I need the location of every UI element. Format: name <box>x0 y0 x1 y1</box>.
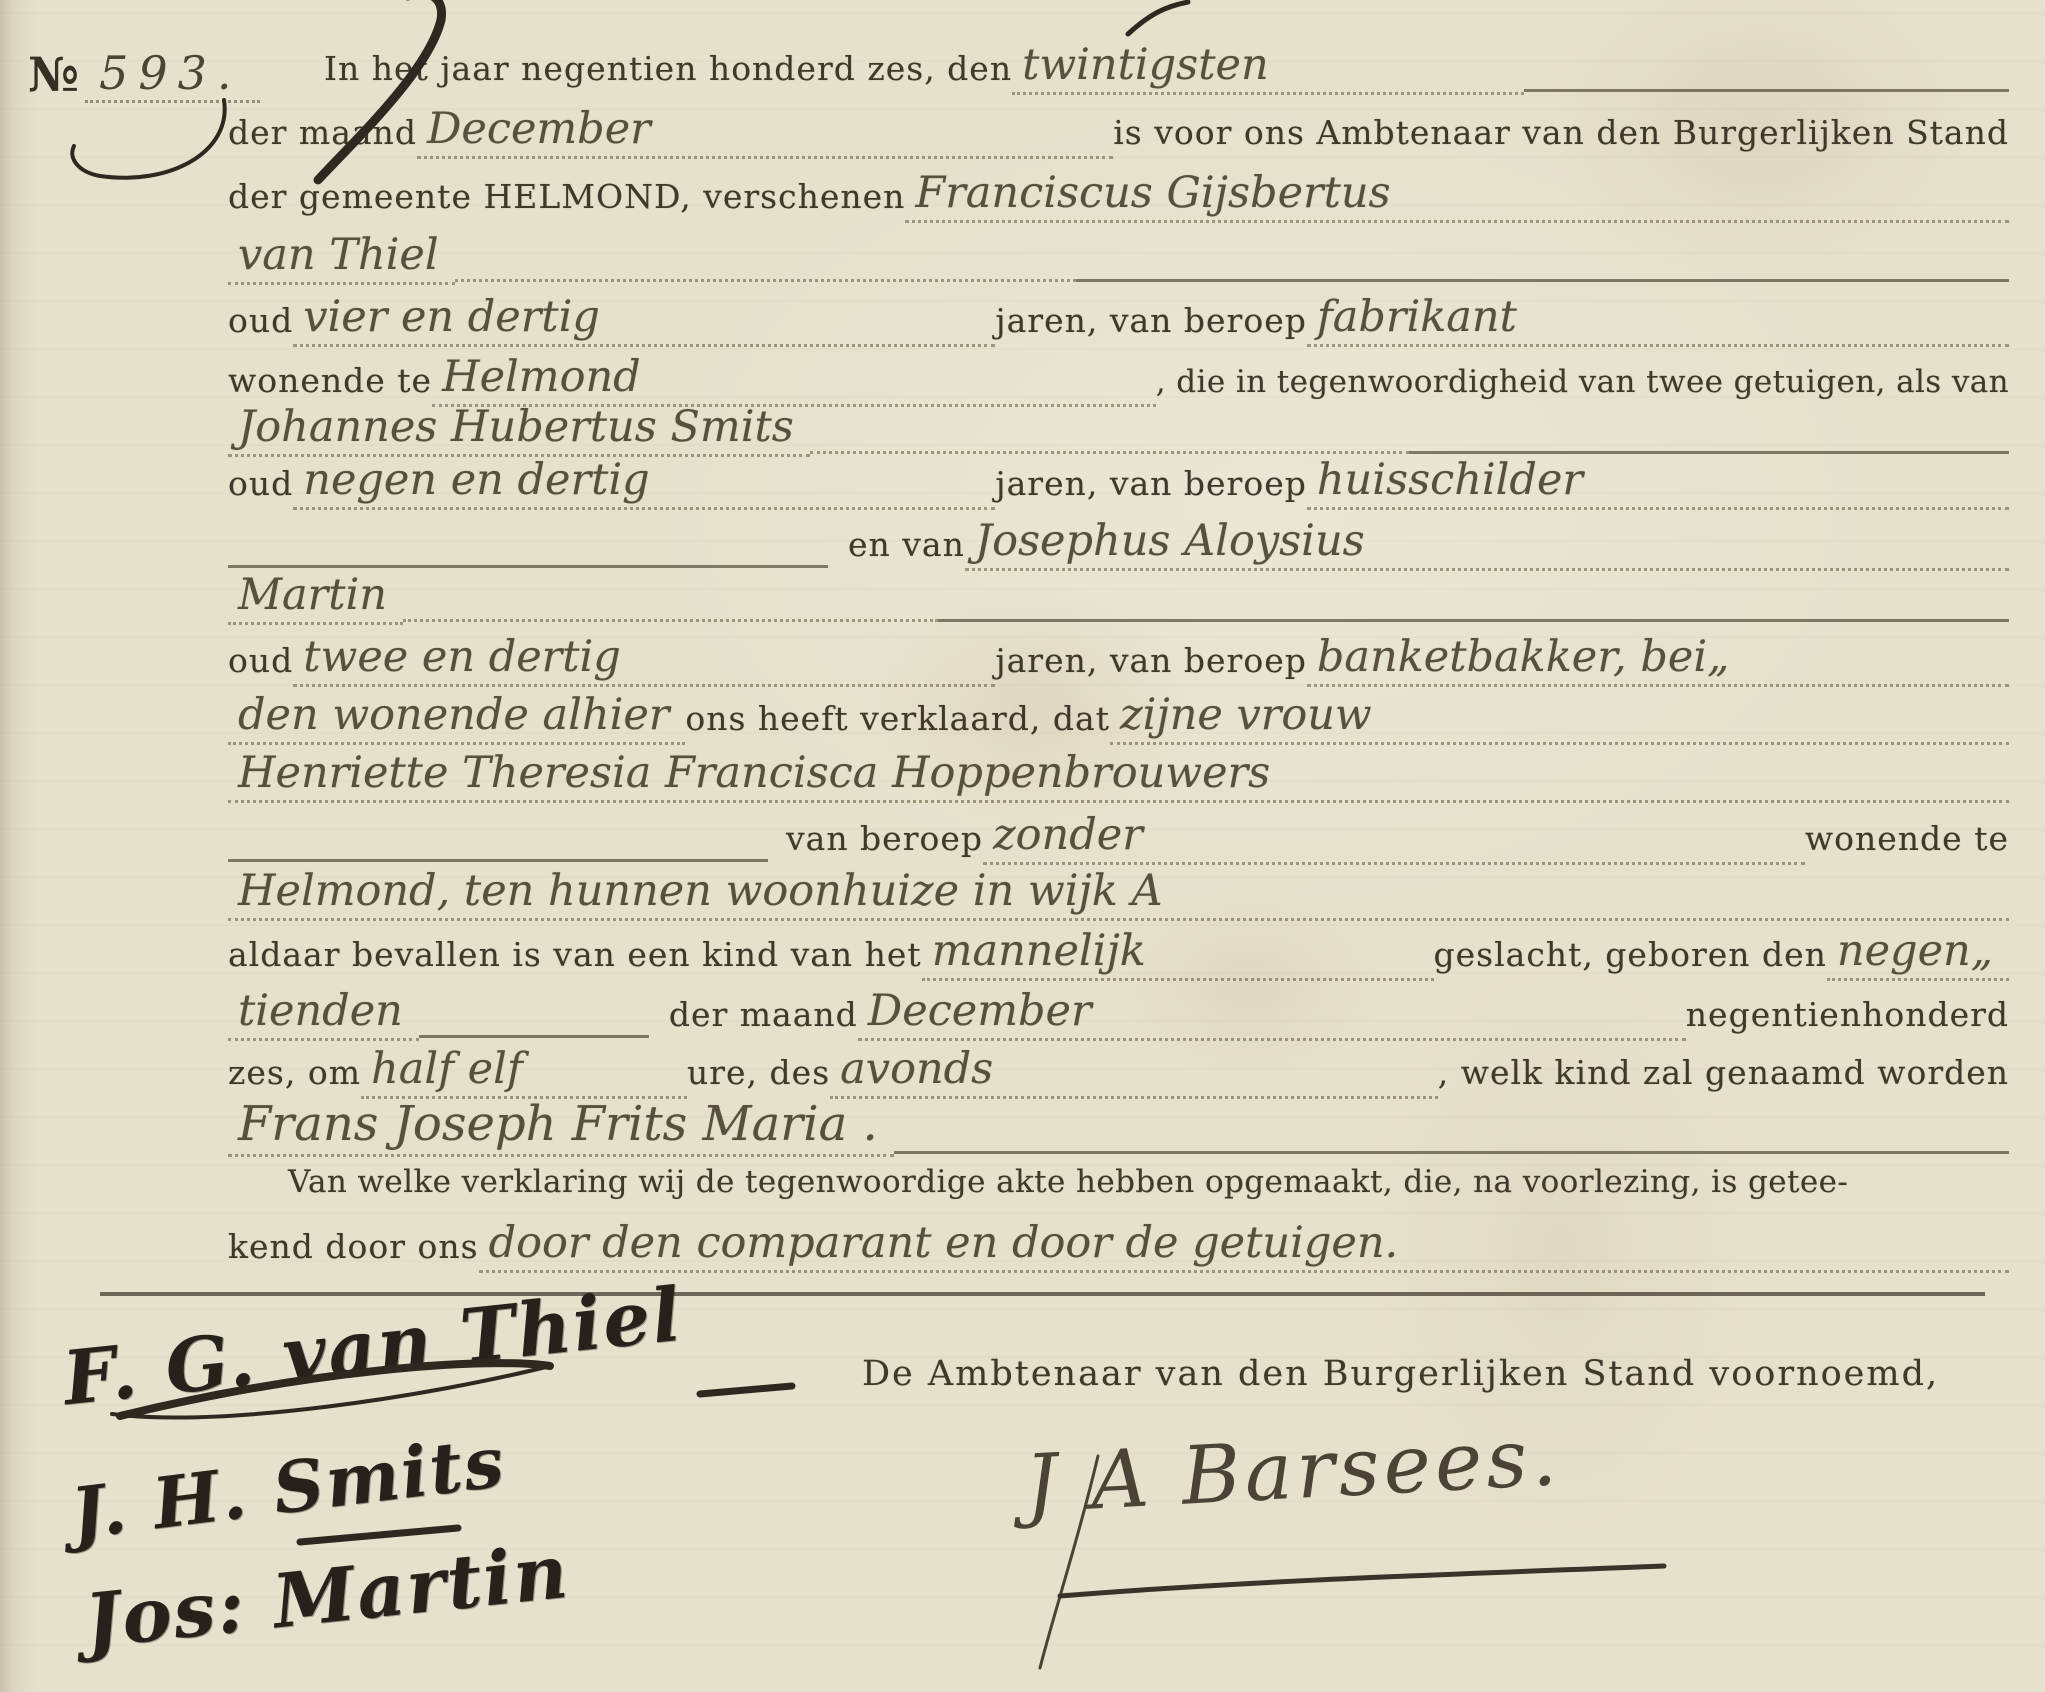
act-line: oud twee en dertig jaren, van beroep ban… <box>228 632 2009 687</box>
handwritten-entry-sex: mannelijk <box>922 926 1434 981</box>
act-line: zes, om half elf ure, des avonds , welk … <box>228 1044 2009 1099</box>
handwritten-entry-day-part: avonds <box>830 1044 1438 1099</box>
printed-text: oud <box>228 301 293 347</box>
handwritten-entry-witness1-age: negen en dertig <box>293 455 995 510</box>
printed-text: Van welke verklaring wij de tegenwoordig… <box>288 1164 1848 1207</box>
act-line: van beroep zonder wonende te <box>228 810 2009 865</box>
handwritten-entry-witness1-occupation: huisschilder <box>1307 455 2009 510</box>
act-line: Johannes Hubertus Smits <box>228 402 2009 457</box>
handwritten-entry-birth-hour: half elf <box>361 1044 687 1099</box>
underline-registrar <box>1060 1566 1664 1596</box>
handwritten-entry-month: December <box>417 104 1113 159</box>
printed-text: der maand <box>649 995 858 1041</box>
handwritten-entry-witness2-given-names: Josephus Aloysius <box>965 516 2009 571</box>
handwritten-entry-witness2-age: twee en dertig <box>293 632 995 687</box>
printed-text: geslacht, geboren den <box>1434 935 1827 981</box>
printed-text: wonende te <box>1805 819 2009 865</box>
dotted-leader <box>810 451 1410 454</box>
printed-text: is voor ons Ambtenaar van den Burgerlijk… <box>1113 113 2009 159</box>
rule-leader <box>894 1151 2009 1154</box>
printed-text: wonende te <box>228 361 432 407</box>
act-line: Helmond, ten hunnen woonhuize in wijk A <box>228 866 2009 921</box>
printed-text: In het jaar negentien honderd zes, den <box>324 49 1012 95</box>
printed-text: aldaar bevallen is van een kind van het <box>228 935 922 981</box>
act-line: Martin <box>228 570 2009 625</box>
printed-text: ons heeft verklaard, dat <box>685 699 1110 745</box>
handwritten-entry-signing-note: door den comparant en door de getuigen. <box>479 1218 2009 1273</box>
printed-text: ure, des <box>687 1053 830 1099</box>
rule-leader <box>228 565 828 568</box>
handwritten-entry-witness2-occupation: banketbakker, bei„ <box>1307 632 2009 687</box>
act-line: van Thiel <box>228 230 2009 285</box>
act-line: oud vier en dertig jaren, van beroep fab… <box>228 292 2009 347</box>
act-line: aldaar bevallen is van een kind van het … <box>228 926 2009 981</box>
handwritten-entry-day: twintigsten <box>1012 40 1523 95</box>
dash-registrar-left <box>700 1386 792 1394</box>
act-line: oud negen en dertig jaren, van beroep hu… <box>228 455 2009 510</box>
handwritten-entry-mother-name: Henriette Theresia Francisca Hoppenbrouw… <box>228 748 2009 803</box>
handwritten-entry-birth-day-part1: negen„ <box>1827 926 2009 981</box>
registrar-title: De Ambtenaar van den Burgerlijken Stand … <box>862 1354 1939 1394</box>
flourish-top-middle <box>1128 2 1188 34</box>
handwritten-entry-witness1-name: Johannes Hubertus Smits <box>228 402 810 457</box>
handwritten-entry-birth-day-part2: tienden <box>228 986 419 1041</box>
handwritten-entry-birth-month: December <box>858 986 1686 1041</box>
rule-leader <box>419 1035 649 1038</box>
printed-text: , die in tegenwoordigheid van twee getui… <box>1156 364 2009 407</box>
rule-leader <box>938 619 2009 622</box>
printed-text: zes, om <box>228 1053 361 1099</box>
printed-text: kend door ons <box>228 1227 479 1273</box>
handwritten-entry-declarant-residence: Helmond <box>432 352 1156 407</box>
flourish-record-number <box>72 100 224 178</box>
printed-text: jaren, van beroep <box>995 301 1306 347</box>
signature-witness2: Jos: Martin <box>81 1529 573 1665</box>
handwritten-entry-child-name: Frans Joseph Frits Maria . <box>228 1096 894 1157</box>
record-number-label: № <box>28 48 79 103</box>
act-line: In het jaar negentien honderd zes, den t… <box>228 40 2009 95</box>
printed-text: negentienhonderd <box>1686 995 2009 1041</box>
signature-witness1: J. H. Smits <box>67 1420 510 1556</box>
act-line: Henriette Theresia Francisca Hoppenbrouw… <box>228 748 2009 803</box>
printed-text: oud <box>228 464 293 510</box>
act-line: en van Josephus Aloysius <box>228 516 2009 571</box>
act-line: tienden der maand December negentienhond… <box>228 986 2009 1041</box>
printed-text: jaren, van beroep <box>995 641 1306 687</box>
printed-text: jaren, van beroep <box>995 464 1306 510</box>
printed-text: , welk kind zal genaamd worden <box>1438 1053 2009 1099</box>
printed-text: der maand <box>228 113 417 159</box>
rule-leader <box>1076 279 2009 282</box>
printed-text: van beroep <box>768 819 983 865</box>
handwritten-entry-birth-place: Helmond, ten hunnen woonhuize in wijk A <box>228 866 2009 921</box>
handwritten-entry-declarant-surname: van Thiel <box>228 230 455 285</box>
rule-leader <box>1524 89 2009 92</box>
signature-registrar: J A Barsees. <box>1023 1410 1563 1531</box>
handwritten-entry-mother-occupation: zonder <box>983 810 1805 865</box>
act-line: kend door ons door den comparant en door… <box>228 1218 2009 1273</box>
act-line: der gemeente HELMOND, verschenen Francis… <box>228 168 2009 223</box>
act-line: Frans Joseph Frits Maria . <box>228 1096 2009 1157</box>
handwritten-entry-declarant-occupation: fabrikant <box>1307 292 2009 347</box>
dotted-leader <box>403 619 938 622</box>
birth-record-page: № 593. In het jaar negentien honderd zes… <box>0 0 2045 1692</box>
closing-rule <box>100 1292 1985 1296</box>
handwritten-entry-declarant-given-names: Franciscus Gijsbertus <box>905 168 2009 223</box>
underline-witness1 <box>300 1528 458 1542</box>
rule-leader <box>1409 451 2009 454</box>
act-line: der maand December is voor ons Ambtenaar… <box>228 104 2009 159</box>
act-line: wonende te Helmond , die in tegenwoordig… <box>228 352 2009 407</box>
handwritten-entry-residence-note: den wonende alhier <box>228 690 685 745</box>
handwritten-entry-relation: zijne vrouw <box>1110 690 2009 745</box>
handwritten-entry-declarant-age: vier en dertig <box>293 292 995 347</box>
dotted-leader <box>455 279 1077 282</box>
handwritten-entry-witness2-surname: Martin <box>228 570 403 625</box>
act-line: den wonende alhier ons heeft verklaard, … <box>228 690 2009 745</box>
printed-text: oud <box>228 641 293 687</box>
record-number-block: № 593. <box>28 46 260 103</box>
rule-leader <box>228 859 768 862</box>
printed-text: en van <box>828 525 965 571</box>
printed-text: der gemeente HELMOND, verschenen <box>228 177 905 223</box>
act-line: Van welke verklaring wij de tegenwoordig… <box>228 1164 2009 1207</box>
